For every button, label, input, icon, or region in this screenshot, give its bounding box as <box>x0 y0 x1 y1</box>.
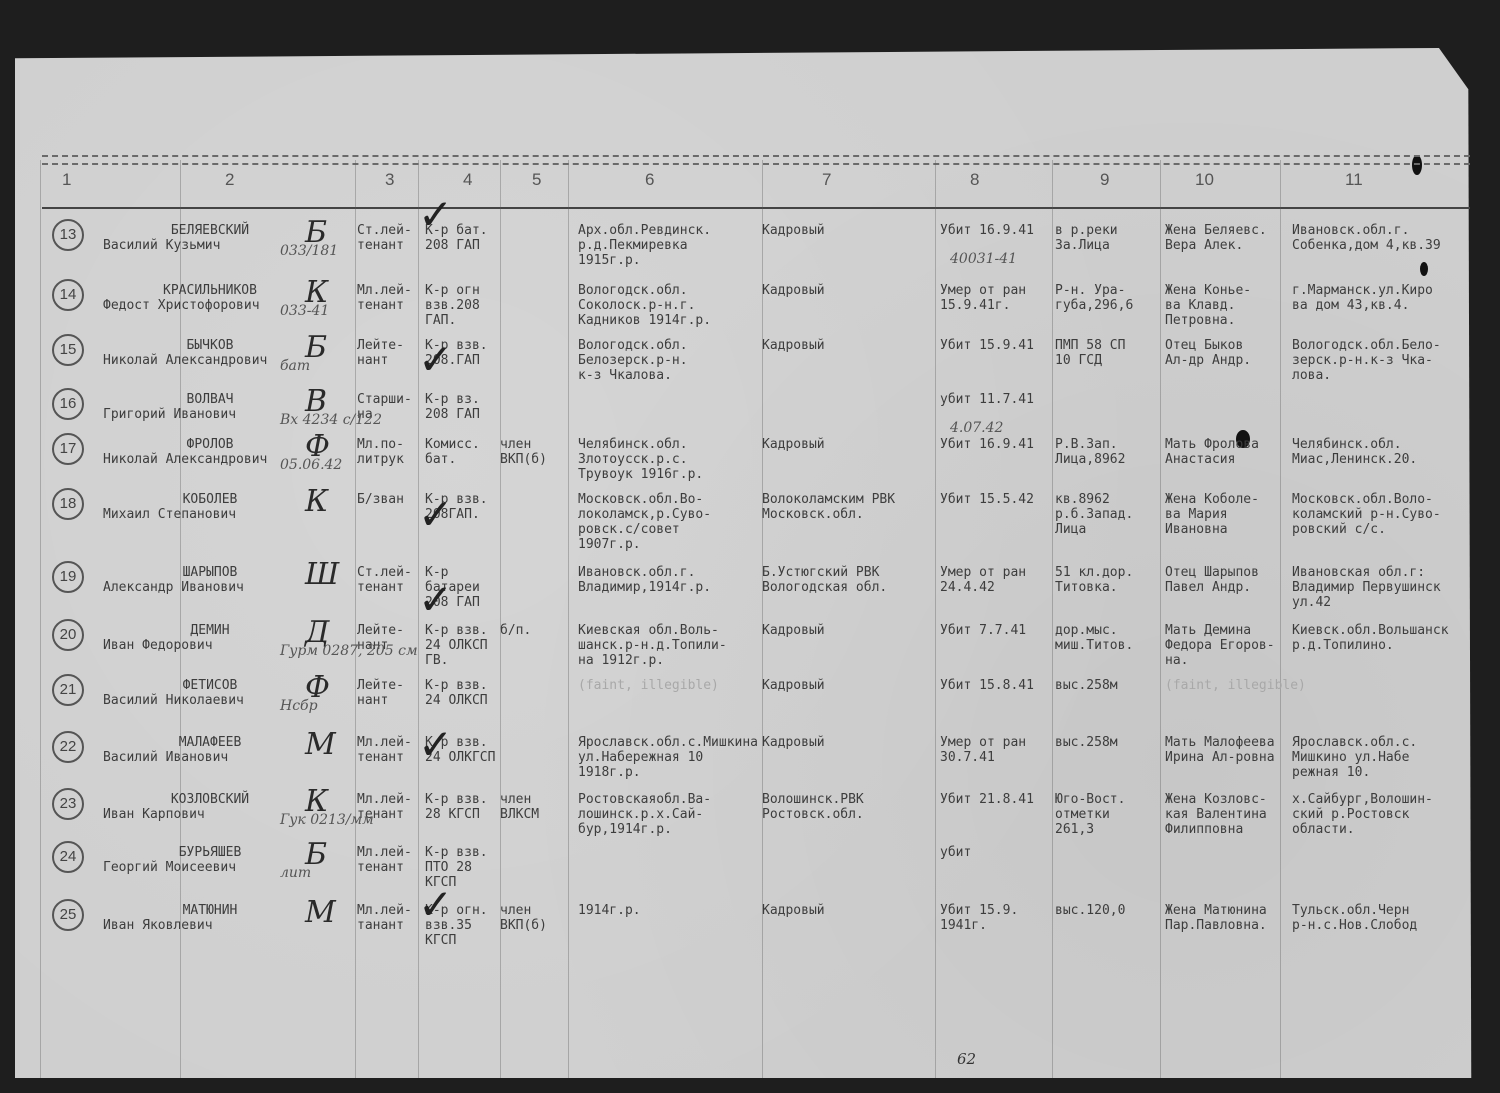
next-of-kin: (faint, illegible) <box>1165 678 1306 693</box>
fate-date: Убит 21.8.41 <box>940 792 1034 807</box>
handwritten-note: 05.06.42 <box>280 457 342 473</box>
birthplace-year: Ивановск.обл.г. Владимир,1914г.р. <box>578 565 711 595</box>
column-number: 4 <box>463 170 472 190</box>
index-letter-mark: Ш <box>305 557 339 592</box>
burial-place: ПМП 58 СП 10 ГСД <box>1055 338 1125 368</box>
handwritten-note: 4.07.42 <box>950 420 1003 436</box>
surname: КРАСИЛЬНИКОВ <box>110 283 310 298</box>
handwritten-note: 033-41 <box>280 303 329 319</box>
column-divider <box>1052 160 1053 1078</box>
drafted-by: Кадровый <box>762 903 825 918</box>
kin-address: Киевск.обл.Вольшанск р.д.Топилино. <box>1292 623 1449 653</box>
header-rule <box>42 207 1470 209</box>
row-number: 25 <box>52 899 84 931</box>
given-names: Александр Иванович <box>103 580 244 595</box>
handwritten-note: бат <box>280 358 310 374</box>
birthplace-year: (faint, illegible) <box>578 678 719 693</box>
column-number: 7 <box>822 170 831 190</box>
kin-address: Ярославск.обл.с. Мишкино ул.Набе режная … <box>1292 735 1417 780</box>
drafted-by: Кадровый <box>762 623 825 638</box>
fate-date: Убит 15.9.41 <box>940 338 1034 353</box>
given-names: Михаил Степанович <box>103 507 236 522</box>
checkmark-icon: ✓ <box>418 190 453 239</box>
fate-date: Убит 15.9. 1941г. <box>940 903 1018 933</box>
fate-date: Умер от ран 24.4.42 <box>940 565 1026 595</box>
handwritten-note: 40031-41 <box>950 251 1017 267</box>
column-number: 8 <box>970 170 979 190</box>
surname: КОБОЛЕВ <box>110 492 310 507</box>
kin-address: г.Марманск.ул.Киро ва дом 43,кв.4. <box>1292 283 1433 313</box>
drafted-by: Волоколамским РВК Московск.обл. <box>762 492 895 522</box>
handwritten-note: Вх 4234 с/122 <box>280 412 382 428</box>
birthplace-year: Киевская обл.Воль- шанск.р-н.д.Топили- н… <box>578 623 727 668</box>
row-number: 15 <box>52 334 84 366</box>
rank: Мл.по- литрук <box>357 437 404 467</box>
given-names: Иван Яковлевич <box>103 918 213 933</box>
party-membership: член ВКП(б) <box>500 437 547 467</box>
handwritten-note: Нсбр <box>280 698 318 714</box>
burial-place: дор.мыс. миш.Титов. <box>1055 623 1133 653</box>
surname: ФЕТИСОВ <box>110 678 310 693</box>
handwritten-note: лит <box>280 865 311 881</box>
row-number: 14 <box>52 279 84 311</box>
fate-date: Убит 16.9.41 <box>940 437 1034 452</box>
next-of-kin: Жена Беляевс. Вера Алек. <box>1165 223 1267 253</box>
next-of-kin: Жена Коболе- ва Мария Ивановна <box>1165 492 1259 537</box>
column-divider <box>935 160 936 1078</box>
surname: ФРОЛОВ <box>110 437 310 452</box>
rank: Мл.лей- тенант <box>357 845 412 875</box>
drafted-by: Волошинск.РВК Ростовск.обл. <box>762 792 864 822</box>
rank: Лейте- нант <box>357 338 404 368</box>
drafted-by: Кадровый <box>762 735 825 750</box>
next-of-kin: Жена Конье- ва Клавд. Петровна. <box>1165 283 1251 328</box>
rank: Мл.лей- тенант <box>357 283 412 313</box>
burial-place: 51 кл.дор. Титовка. <box>1055 565 1133 595</box>
column-divider <box>568 160 569 1078</box>
fate-date: Убит 7.7.41 <box>940 623 1026 638</box>
index-letter-mark: М <box>305 895 336 930</box>
given-names: Иван Федорович <box>103 638 213 653</box>
rank: Мл.лей- танант <box>357 903 412 933</box>
fate-date: Умер от ран 30.7.41 <box>940 735 1026 765</box>
next-of-kin: Отец Шарыпов Павел Андр. <box>1165 565 1259 595</box>
given-names: Николай Александрович <box>103 452 267 467</box>
page-number: 62 <box>957 1050 976 1068</box>
fate-date: Убит 15.8.41 <box>940 678 1034 693</box>
drafted-by: Кадровый <box>762 338 825 353</box>
burial-place: выс.258м <box>1055 735 1118 750</box>
paper-hole <box>1420 262 1428 276</box>
burial-place: выс.120,0 <box>1055 903 1125 918</box>
checkmark-icon: ✓ <box>418 880 453 929</box>
index-letter-mark: К <box>305 484 328 519</box>
handwritten-note: 033/181 <box>280 243 338 259</box>
column-number: 1 <box>62 170 71 190</box>
next-of-kin: Мать Малофеева Ирина Ал-ровна <box>1165 735 1275 765</box>
column-number: 3 <box>385 170 394 190</box>
rank: Б/зван <box>357 492 404 507</box>
rank: Мл.лей- тенант <box>357 735 412 765</box>
index-letter-mark: М <box>305 727 336 762</box>
drafted-by: Кадровый <box>762 437 825 452</box>
kin-address: Тульск.обл.Черн р-н.с.Нов.Слобод <box>1292 903 1417 933</box>
next-of-kin: Мать Демина Федора Егоров- на. <box>1165 623 1275 668</box>
surname: МАТЮНИН <box>110 903 310 918</box>
given-names: Василий Кузьмич <box>103 238 220 253</box>
burial-place: Юго-Вост. отметки 261,3 <box>1055 792 1125 837</box>
row-number: 20 <box>52 619 84 651</box>
position: К-р взв. 24 ОЛКСП ГВ. <box>425 623 488 668</box>
column-divider <box>1160 160 1161 1078</box>
surname: ВОЛВАЧ <box>110 392 310 407</box>
row-number: 19 <box>52 561 84 593</box>
kin-address: х.Сайбург,Волошин- ский р.Ростовск облас… <box>1292 792 1433 837</box>
top-double-rule <box>42 155 1470 165</box>
handwritten-note: Гурм 0287, 205 см <box>280 643 418 659</box>
column-number: 11 <box>1345 170 1363 190</box>
rank: Ст.лей- тенант <box>357 565 412 595</box>
surname: БЫЧКОВ <box>110 338 310 353</box>
given-names: Георгий Моисеевич <box>103 860 236 875</box>
birthplace-year: Ростовскаяобл.Ва- лошинск.р.х.Сай- бур,1… <box>578 792 711 837</box>
column-number: 9 <box>1100 170 1109 190</box>
column-divider <box>40 160 41 1078</box>
checkmark-icon: ✓ <box>418 575 453 624</box>
row-number: 18 <box>52 488 84 520</box>
burial-place: Р-н. Ура- губа,296,6 <box>1055 283 1133 313</box>
birthplace-year: 1914г.р. <box>578 903 641 918</box>
column-number: 6 <box>645 170 654 190</box>
given-names: Василий Николаевич <box>103 693 244 708</box>
surname: БУРЬЯШЕВ <box>110 845 310 860</box>
row-number: 23 <box>52 788 84 820</box>
birthplace-year: Московск.обл.Во- локоламск,р.Суво- ровск… <box>578 492 711 552</box>
row-number: 13 <box>52 219 84 251</box>
party-membership: б/п. <box>500 623 531 638</box>
row-number: 16 <box>52 388 84 420</box>
drafted-by: Б.Устюгский РВК Вологодская обл. <box>762 565 887 595</box>
given-names: Николай Александрович <box>103 353 267 368</box>
party-membership: член ВЛКСМ <box>500 792 539 822</box>
surname: ДЕМИН <box>110 623 310 638</box>
checkmark-icon: ✓ <box>418 720 453 769</box>
position: К-р огн взв.208 ГАП. <box>425 283 480 328</box>
row-number: 24 <box>52 841 84 873</box>
birthplace-year: Ярославск.обл.с.Мишкина ул.Набережная 10… <box>578 735 758 780</box>
fate-date: Убит 15.5.42 <box>940 492 1034 507</box>
rank: Ст.лей- тенант <box>357 223 412 253</box>
position: К-р взв. 28 КГСП <box>425 792 488 822</box>
burial-place: в р.реки За.Лица <box>1055 223 1118 253</box>
burial-place: Р.В.Зап. Лица,8962 <box>1055 437 1125 467</box>
next-of-kin: Жена Матюнина Пар.Павловна. <box>1165 903 1267 933</box>
fate-date: Умер от ран 15.9.41г. <box>940 283 1026 313</box>
birthplace-year: Вологодск.обл. Белозерск.р-н. к-з Чкалов… <box>578 338 688 383</box>
burial-place: кв.8962 р.б.Запад. Лица <box>1055 492 1133 537</box>
birthplace-year: Вологодск.обл. Соколоск.р-н.г. Кадников … <box>578 283 711 328</box>
party-membership: член ВКП(б) <box>500 903 547 933</box>
fate-date: убит <box>940 845 971 860</box>
checkmark-icon: ✓ <box>418 335 453 384</box>
fate-date: Убит 16.9.41 <box>940 223 1034 238</box>
column-number: 2 <box>225 170 234 190</box>
burial-place: выс.258м <box>1055 678 1118 693</box>
next-of-kin: Жена Козловс- кая Валентина Филипповна <box>1165 792 1267 837</box>
surname: МАЛАФЕЕВ <box>110 735 310 750</box>
row-number: 22 <box>52 731 84 763</box>
position: К-р взв. 24 ОЛКСП <box>425 678 488 708</box>
surname: БЕЛЯЕВСКИЙ <box>110 223 310 238</box>
column-divider <box>355 160 356 1078</box>
position: Комисс. бат. <box>425 437 480 467</box>
column-number: 10 <box>1195 170 1214 190</box>
row-number: 21 <box>52 674 84 706</box>
drafted-by: Кадровый <box>762 223 825 238</box>
given-names: Иван Карпович <box>103 807 205 822</box>
position: К-р вз. 208 ГАП <box>425 392 480 422</box>
fate-date: убит 11.7.41 <box>940 392 1034 407</box>
kin-address: Вологодск.обл.Бело- зерск.р-н.к-з Чка- л… <box>1292 338 1441 383</box>
surname: КОЗЛОВСКИЙ <box>110 792 310 807</box>
kin-address: Челябинск.обл. Миас,Ленинск.20. <box>1292 437 1417 467</box>
next-of-kin: Отец Быков Ал-др Андр. <box>1165 338 1251 368</box>
rank: Лейте- нант <box>357 678 404 708</box>
column-divider <box>500 160 501 1078</box>
checkmark-icon: ✓ <box>418 490 453 539</box>
column-number: 5 <box>532 170 541 190</box>
kin-address: Ивановская обл.г: Владимир Первушинск ул… <box>1292 565 1441 610</box>
birthplace-year: Арх.обл.Ревдинск. р.д.Пекмиревка 1915г.р… <box>578 223 711 268</box>
birthplace-year: Челябинск.обл. Злотоусск.р.с. Трувоук 19… <box>578 437 703 482</box>
drafted-by: Кадровый <box>762 283 825 298</box>
kin-address: Ивановск.обл.г. Собенка,дом 4,кв.39 <box>1292 223 1441 253</box>
row-number: 17 <box>52 433 84 465</box>
given-names: Федост Христофорович <box>103 298 260 313</box>
column-divider <box>1280 160 1281 1078</box>
given-names: Григорий Иванович <box>103 407 236 422</box>
kin-address: Московск.обл.Воло- коламский р-н.Суво- р… <box>1292 492 1441 537</box>
handwritten-note: Гук 0213/мм <box>280 812 374 828</box>
next-of-kin: Мать Фролова Анастасия <box>1165 437 1259 467</box>
given-names: Василий Иванович <box>103 750 228 765</box>
surname: ШАРЫПОВ <box>110 565 310 580</box>
drafted-by: Кадровый <box>762 678 825 693</box>
